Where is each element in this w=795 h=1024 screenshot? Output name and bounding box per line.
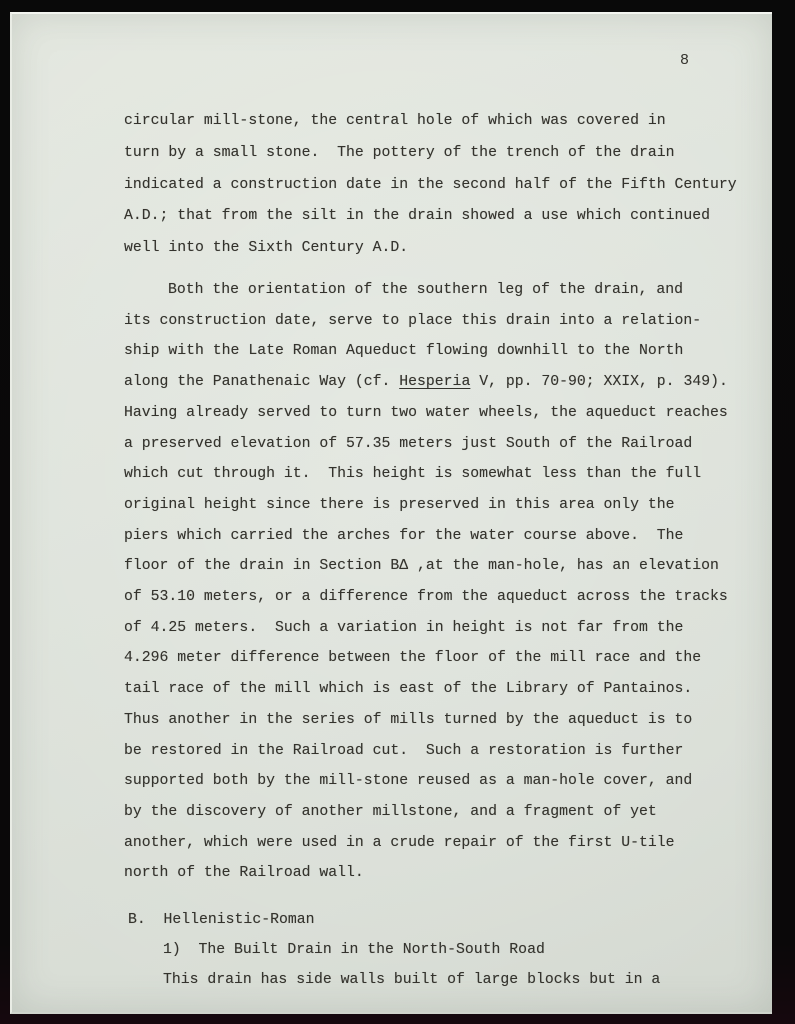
text-line: 4.296 meter difference between the floor… bbox=[124, 643, 768, 674]
text-segment: tail race of the mill which is east of t… bbox=[124, 681, 692, 697]
typed-text: circular mill-stone, the central hole of… bbox=[124, 106, 768, 995]
text-segment: which cut through it. This height is som… bbox=[124, 466, 701, 482]
text-line: piers which carried the arches for the w… bbox=[124, 521, 768, 552]
text-segment: supported both by the mill-stone reused … bbox=[124, 773, 692, 789]
text-segment: B. Hellenistic-Roman bbox=[128, 912, 314, 928]
text-segment: 1) The Built Drain in the North-South Ro… bbox=[163, 942, 545, 958]
text-line: by the discovery of another millstone, a… bbox=[124, 797, 768, 828]
text-line: well into the Sixth Century A.D. bbox=[124, 233, 768, 265]
text-line: ship with the Late Roman Aqueduct flowin… bbox=[124, 336, 768, 367]
text-line: north of the Railroad wall. bbox=[124, 858, 768, 889]
text-segment: a preserved elevation of 57.35 meters ju… bbox=[124, 436, 692, 452]
text-segment: V, pp. 70-90; XXIX, p. 349). bbox=[470, 374, 728, 390]
text-line: be restored in the Railroad cut. Such a … bbox=[124, 736, 768, 767]
text-segment: This drain has side walls built of large… bbox=[163, 972, 660, 988]
text-line: 1) The Built Drain in the North-South Ro… bbox=[124, 935, 768, 965]
text-line: This drain has side walls built of large… bbox=[124, 965, 768, 995]
text-line: of 4.25 meters. Such a variation in heig… bbox=[124, 613, 768, 644]
text-segment: along the Panathenaic Way (cf. bbox=[124, 374, 399, 390]
text-line: indicated a construction date in the sec… bbox=[124, 170, 768, 202]
scan-background: 8 circular mill-stone, the central hole … bbox=[0, 0, 795, 1024]
text-line: another, which were used in a crude repa… bbox=[124, 828, 768, 859]
text-segment: indicated a construction date in the sec… bbox=[124, 177, 737, 193]
text-segment: A.D.; that from the silt in the drain sh… bbox=[124, 208, 710, 224]
text-segment: another, which were used in a crude repa… bbox=[124, 835, 675, 851]
text-segment: well into the Sixth Century A.D. bbox=[124, 240, 408, 256]
text-line: Both the orientation of the southern leg… bbox=[124, 275, 768, 306]
text-segment: by the discovery of another millstone, a… bbox=[124, 804, 657, 820]
text-line: of 53.10 meters, or a difference from th… bbox=[124, 582, 768, 613]
hesperia-citation: Hesperia bbox=[399, 374, 470, 390]
document-page: 8 circular mill-stone, the central hole … bbox=[10, 12, 772, 1014]
text-segment: 4.296 meter difference between the floor… bbox=[124, 650, 701, 666]
text-line: supported both by the mill-stone reused … bbox=[124, 766, 768, 797]
text-segment: ship with the Late Roman Aqueduct flowin… bbox=[124, 343, 683, 359]
text-segment: Having already served to turn two water … bbox=[124, 405, 728, 421]
text-line: a preserved elevation of 57.35 meters ju… bbox=[124, 429, 768, 460]
text-line: B. Hellenistic-Roman bbox=[124, 905, 768, 935]
text-line: tail race of the mill which is east of t… bbox=[124, 674, 768, 705]
text-segment: of 53.10 meters, or a difference from th… bbox=[124, 589, 728, 605]
text-block: Both the orientation of the southern leg… bbox=[124, 275, 768, 889]
text-block: B. Hellenistic-Roman1) The Built Drain i… bbox=[124, 905, 768, 995]
text-segment: north of the Railroad wall. bbox=[124, 865, 364, 881]
text-segment: its construction date, serve to place th… bbox=[124, 313, 701, 329]
page-number: 8 bbox=[680, 52, 689, 69]
text-line: original height since there is preserved… bbox=[124, 490, 768, 521]
text-line: circular mill-stone, the central hole of… bbox=[124, 106, 768, 138]
text-segment: floor of the drain in Section BΔ ,at the… bbox=[124, 558, 719, 574]
text-segment: piers which carried the arches for the w… bbox=[124, 528, 683, 544]
text-line: Thus another in the series of mills turn… bbox=[124, 705, 768, 736]
text-segment: original height since there is preserved… bbox=[124, 497, 675, 513]
text-segment: be restored in the Railroad cut. Such a … bbox=[124, 743, 683, 759]
text-line: along the Panathenaic Way (cf. Hesperia … bbox=[124, 367, 768, 398]
text-block: circular mill-stone, the central hole of… bbox=[124, 106, 768, 265]
text-segment: turn by a small stone. The pottery of th… bbox=[124, 145, 675, 161]
text-line: turn by a small stone. The pottery of th… bbox=[124, 138, 768, 170]
text-line: A.D.; that from the silt in the drain sh… bbox=[124, 201, 768, 233]
text-segment: Both the orientation of the southern leg… bbox=[168, 282, 683, 298]
text-line: Having already served to turn two water … bbox=[124, 398, 768, 429]
text-segment: circular mill-stone, the central hole of… bbox=[124, 113, 666, 129]
text-segment: of 4.25 meters. Such a variation in heig… bbox=[124, 620, 683, 636]
text-segment: Thus another in the series of mills turn… bbox=[124, 712, 692, 728]
text-line: which cut through it. This height is som… bbox=[124, 459, 768, 490]
text-line: floor of the drain in Section BΔ ,at the… bbox=[124, 551, 768, 582]
text-line: its construction date, serve to place th… bbox=[124, 306, 768, 337]
